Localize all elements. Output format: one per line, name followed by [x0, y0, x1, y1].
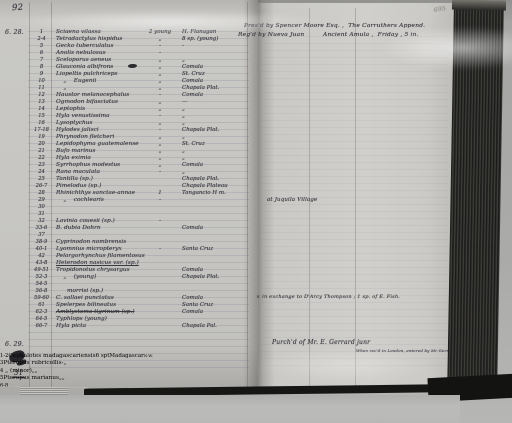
- species-name: „ Eugenii: [56, 78, 96, 84]
- locality: Tangancio H m.: [182, 190, 226, 196]
- species-name: Phrynodon fletcheri: [56, 134, 114, 140]
- row-number: 26-7: [31, 183, 52, 189]
- ledger-row: 10 „ Eugenii„Comala: [0, 78, 252, 85]
- ledger-row: 38-9Cyprinodon nombrensis: [0, 239, 252, 246]
- species-name: Anolis nebulosus: [56, 50, 106, 56]
- species-name: C. sallaei punctatus: [56, 295, 114, 301]
- ledger-row: 8Glauconia albifrons„Comala: [0, 64, 252, 71]
- row-number: 22: [31, 155, 52, 161]
- quantity: -: [148, 169, 172, 175]
- locality: „: [182, 57, 185, 63]
- ledger-row: 28Rhinichthys sanctae-annae1Tangancio H …: [0, 190, 252, 197]
- locality: Chapala Plat.: [182, 274, 219, 280]
- ledger-row: 13Ogmodon bifasciatus„—: [0, 99, 252, 106]
- species-name: Hylodes jalisci: [56, 127, 99, 133]
- gutter-shadow: [243, 0, 275, 393]
- ledger-row: 2-4Tetradactylus hispidus„8 sp. (young): [0, 36, 252, 43]
- quantity: „: [148, 78, 172, 84]
- species-name: Pimelodus (sp.): [56, 183, 101, 189]
- quantity: „: [148, 36, 172, 42]
- ledger-row: 7Sceloporus aeneus„„: [0, 57, 252, 64]
- locality: -: [182, 43, 184, 49]
- row-number: 17-18: [31, 127, 52, 133]
- species-name: Spelerpes bilineatus: [56, 302, 116, 308]
- ledger-row: 42Pelargorhynchus filamentosus: [0, 253, 252, 260]
- ledger-row: 30: [0, 204, 252, 211]
- ledger-row: 11 „„Chapala Plat.: [0, 85, 252, 92]
- quantity: „: [148, 162, 172, 168]
- row-number: 5: [31, 43, 52, 49]
- species-name: Lavinia couesii (sp.): [56, 218, 115, 224]
- ledger-row: 54-5: [0, 281, 252, 288]
- row-number: 12: [31, 92, 52, 98]
- ledger-row: 1Sciaena vilassa2 youngH. Flanagan: [0, 29, 252, 36]
- species-name: Rhinichthys sanctae-annae: [56, 190, 135, 196]
- row-number: 61: [31, 302, 52, 308]
- ledger-row: 3Pteropus rubricollis-„: [0, 349, 252, 356]
- purchase-note: Purch'd of Mr. E. Gerrard junr: [272, 339, 370, 346]
- species-name: Tetradactylus hispidus: [56, 36, 122, 42]
- ledger-row: 1-2Cephalotes madagascariensis6 sptMadag…: [0, 342, 252, 349]
- locality: „: [182, 148, 185, 154]
- locality: Chapala Plateau: [182, 183, 228, 189]
- species-name: Hyla picta: [56, 323, 86, 329]
- locality: Comala: [182, 92, 203, 98]
- quantity: „: [148, 71, 172, 77]
- ledger-row: 64-5Typhlops (young): [0, 316, 252, 323]
- row-number: 15: [31, 113, 52, 119]
- locality: —: [182, 99, 188, 105]
- ledger-row: 23Syrrhophus modestus„Comala: [0, 162, 252, 169]
- row-number: 59-60: [31, 295, 52, 301]
- species-name: Hyla eximia: [56, 155, 91, 161]
- row-number: 19: [31, 134, 52, 140]
- ledger-row: 12Haustor melanocephalus-Comala: [0, 92, 252, 99]
- species-name: Leptophis: [56, 106, 85, 112]
- locality: Comala: [182, 225, 203, 231]
- species-name: Sciaena vilassa: [56, 29, 101, 35]
- species-name: Gecko tuberculatus: [56, 43, 113, 49]
- locality: „: [182, 155, 185, 161]
- row-number: 13: [31, 99, 52, 105]
- row-number: 40-1: [31, 246, 52, 252]
- locality: „: [182, 106, 185, 112]
- row-number: 32: [31, 218, 52, 224]
- row-number: 20: [31, 141, 52, 147]
- ledger-row: 24Rana maculata-„: [0, 169, 252, 176]
- ledger-row: 33-6B. dubia DohrnComala: [0, 225, 252, 232]
- row-number: 2-4: [31, 36, 52, 42]
- species-name: Syrrhophus modestus: [56, 162, 120, 168]
- ledger-row: 61Spelerpes bilineatusSanta Cruz: [0, 302, 252, 309]
- species-name: Liopeltis pulchriceps: [56, 71, 117, 77]
- ledger-row: 37: [0, 232, 252, 239]
- quantity: -: [148, 50, 172, 56]
- species-name: Sceloporus aeneus: [56, 57, 111, 63]
- ledger-row: 40-1Lyomnius micropteryx-Santa Cruz: [0, 246, 252, 253]
- row-number: 42: [31, 253, 52, 259]
- row-number: 38-9: [31, 239, 52, 245]
- book-fore-edge: [447, 0, 504, 398]
- ledger-rows-group1: 1Sciaena vilassa2 youngH. Flanagan2-4Tet…: [0, 29, 252, 330]
- quantity: „: [148, 99, 172, 105]
- ledger-row: 49-51Tropidonotus chrysargusComala: [0, 267, 252, 274]
- quantity: -: [148, 43, 172, 49]
- ledger-row: 6-8„„: [0, 372, 252, 379]
- locality: „: [182, 169, 185, 175]
- row-number: 66-7: [31, 323, 52, 329]
- species-name: Haustor melanocephalus: [56, 92, 129, 98]
- row-number: 56-8: [31, 288, 52, 294]
- locality: „: [182, 134, 185, 140]
- row-number: 21: [31, 148, 52, 154]
- species-name: Cyprinodon nombrensis: [56, 239, 126, 245]
- quantity: -: [148, 113, 172, 119]
- quantity: -: [148, 246, 172, 252]
- right-page-rule-2: [355, 8, 356, 386]
- locality: H. Flanagan: [182, 29, 216, 35]
- quantity: 2 young: [148, 29, 172, 35]
- ledger-photo: 92 695 6. 28. 6. 29. 31 1Sciaena vilassa…: [0, 0, 512, 423]
- locality: Chapala Pal.: [182, 323, 217, 329]
- species-name: Rana maculata: [56, 169, 100, 175]
- row-number: 23: [31, 162, 52, 168]
- ledger-row: 15Hyla venustissima-„: [0, 113, 252, 120]
- locality: „: [182, 120, 185, 126]
- left-page-number: 92: [12, 3, 24, 14]
- quantity: -: [148, 92, 172, 98]
- quantity: 1: [148, 190, 172, 196]
- ledger-row: 32Lavinia couesii (sp.)-: [0, 218, 252, 225]
- species-name: Lysoptychus: [56, 120, 93, 126]
- locality: Chapala Plat.: [182, 85, 219, 91]
- quantity: „: [148, 148, 172, 154]
- locality: Comala: [182, 162, 203, 168]
- row-number: 8: [31, 64, 52, 70]
- row-number: 25: [31, 176, 52, 182]
- row-number: 52-3: [31, 274, 52, 280]
- species-name: Typhlops (young): [56, 316, 107, 322]
- locality: Comala: [182, 64, 203, 70]
- row-number: 6: [31, 50, 52, 56]
- ledger-row: 66-7Hyla pictaChapala Pal.: [0, 323, 252, 330]
- row-number: 30: [31, 204, 52, 210]
- species-name: Tropidonotus chrysargus: [56, 267, 130, 273]
- species-name: Amblystoma tigrinum (sp.): [56, 309, 135, 315]
- row-number: 14: [31, 106, 52, 112]
- exchange-note: × in exchange to D'Arcy Thompson ; 1 sp.…: [256, 294, 400, 300]
- row-number: 62-3: [31, 309, 52, 315]
- row-number: 37: [31, 232, 52, 238]
- ledger-row: 43-8Heterodon nasicus var. (sp.): [0, 260, 252, 267]
- quantity: „: [148, 106, 172, 112]
- row-number: 9: [31, 71, 52, 77]
- species-name: Ogmodon bifasciatus: [56, 99, 118, 105]
- species-name: Lyomnius micropteryx: [56, 246, 122, 252]
- ledger-row: 21Bufo marinus„„: [0, 148, 252, 155]
- locality: St. Cruz: [182, 141, 205, 147]
- locality: Chapala Plat.: [182, 176, 219, 182]
- ledger-row: 5Pteropus marianus„„: [0, 364, 252, 371]
- row-number: 11: [31, 85, 52, 91]
- locality: Chapala Plat.: [182, 127, 219, 133]
- locality: 8 sp. (young): [182, 36, 218, 42]
- row-number: 43-8: [31, 260, 52, 266]
- ink-blot: [128, 64, 137, 68]
- ledger-row: 5Gecko tuberculatus--: [0, 43, 252, 50]
- ledger-row: 16Lysoptychus„„: [0, 120, 252, 127]
- locality: Santa Cruz: [182, 246, 213, 252]
- quantity: „: [148, 134, 172, 140]
- ledger-row: 29 „ cochlearis-: [0, 197, 252, 204]
- ledger-row: 59-60C. sallaei punctatusComala: [0, 295, 252, 302]
- species-name: Tantilla (sp.): [56, 176, 93, 182]
- row-number: 10: [31, 78, 52, 84]
- species-name: Hyla venustissima: [56, 113, 110, 119]
- locality: St. Cruz: [182, 71, 205, 77]
- row-number: 7: [31, 57, 52, 63]
- row-number: 28: [31, 190, 52, 196]
- quantity: „: [148, 120, 172, 126]
- row-number: 31: [31, 211, 52, 217]
- species-name: Glauconia albifrons: [56, 64, 113, 70]
- locality: Comala: [182, 309, 203, 315]
- species-name: „ cochlearis: [56, 197, 104, 203]
- species-name: morrisi (sp.): [56, 288, 103, 294]
- quantity: -: [148, 127, 172, 133]
- ledger-row: 4 „ (minor)„„: [0, 357, 252, 364]
- species-name: „: [56, 85, 66, 91]
- row-number: 54-5: [31, 281, 52, 287]
- row-number: 49-51: [31, 267, 52, 273]
- table-surface: [0, 395, 460, 423]
- quantity: -: [148, 197, 172, 203]
- row-number: 29: [31, 197, 52, 203]
- row-number: 33-6: [31, 225, 52, 231]
- ledger-row: 22Hyla eximia„„: [0, 155, 252, 162]
- quantity: „: [148, 85, 172, 91]
- quantity: „: [148, 155, 172, 161]
- ledger-row: 52-3 „ (young)Chapala Plat.: [0, 274, 252, 281]
- locality: Santa Cruz: [182, 302, 213, 308]
- locality: Comala: [182, 267, 203, 273]
- row-number: 24: [31, 169, 52, 175]
- species-name: Heterodon nasicus var. (sp.): [56, 260, 139, 266]
- quantity: „: [148, 64, 172, 70]
- locality: Comala: [182, 78, 203, 84]
- quantity: „: [148, 57, 172, 63]
- ledger-row: 26-7Pimelodus (sp.)Chapala Plateau: [0, 183, 252, 190]
- quantity: -: [148, 218, 172, 224]
- ledger-row: 20Lepidophyma guatemalense„St. Cruz: [0, 141, 252, 148]
- ledger-row: 19Phrynodon fletcheri„„: [0, 134, 252, 141]
- ledger-row: 62-3Amblystoma tigrinum (sp.)Comala: [0, 309, 252, 316]
- species-name: B. dubia Dohrn: [56, 225, 101, 231]
- row-number: 1: [31, 29, 52, 35]
- ledger-rows-group2: 1-2Cephalotes madagascariensis6 sptMadag…: [0, 342, 252, 379]
- ledger-row: 6Anolis nebulosus-: [0, 50, 252, 57]
- locality: „: [182, 113, 185, 119]
- species-name: Bufo marinus: [56, 148, 96, 154]
- species-name: Lepidophyma guatemalense: [56, 141, 139, 147]
- ledger-row: 14Leptophis„„: [0, 106, 252, 113]
- ledger-row: 31: [0, 211, 252, 218]
- quantity: „: [148, 141, 172, 147]
- ledger-row: 17-18Hylodes jalisci-Chapala Plat.: [0, 127, 252, 134]
- locality: Comala: [182, 295, 203, 301]
- fore-edge-top: [452, 0, 506, 10]
- row-number: 64-5: [31, 316, 52, 322]
- species-name: „ (young): [56, 274, 96, 280]
- ledger-row: 25Tantilla (sp.)Chapala Plat.: [0, 176, 252, 183]
- row-number: 16: [31, 120, 52, 126]
- ledger-row: 56-8 morrisi (sp.): [0, 288, 252, 295]
- ledger-row: 9Liopeltis pulchriceps„St. Cruz: [0, 71, 252, 78]
- species-name: Pelargorhynchus filamentosus: [56, 253, 145, 259]
